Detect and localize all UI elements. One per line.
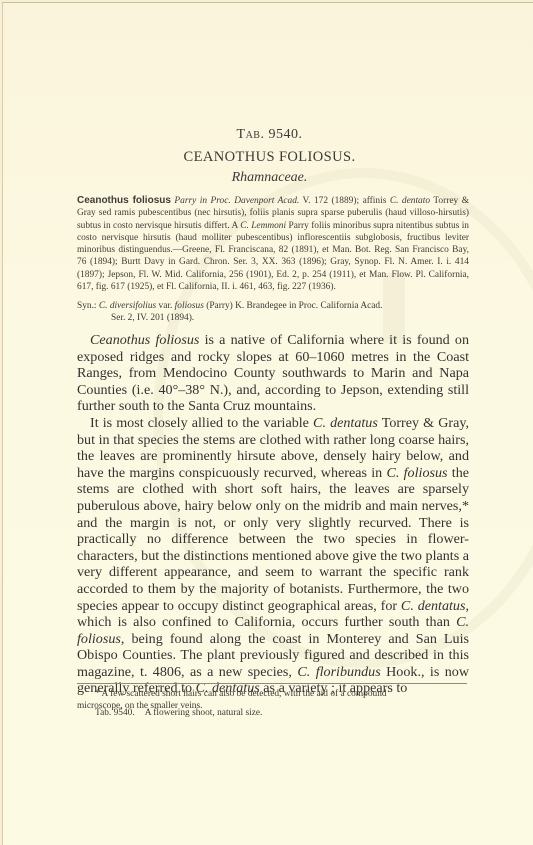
synonymy: Syn.: C. diversifolius var. foliosus (Pa… (77, 300, 469, 325)
syn-variety: foliosus (175, 301, 204, 311)
syn-species: C. diversifolius (99, 301, 156, 311)
species-ref: C. dentatus (313, 415, 378, 431)
document-page: Tab. 9540. CEANOTHUS FOLIOSUS. Rhamnacea… (2, 2, 533, 845)
latin-species-ref: C. dentato (390, 196, 430, 206)
syn-text: var. (156, 301, 174, 311)
body-text: Ceanothus foliosus is a native of Califo… (77, 332, 469, 697)
species-ref: Ceanothus foliosus (90, 332, 199, 348)
species-name: Ceanothus foliosus (77, 195, 171, 206)
plate-number: Tab. 9540. (3, 127, 533, 143)
caption-text: A flowering shoot, natural size. (145, 708, 263, 718)
latin-text: Parry foliis minoribus supra nitentibus … (77, 221, 469, 292)
latin-description: Ceanothus foliosus Parry in Proc. Davenp… (77, 195, 469, 293)
paragraph-2: It is most closely allied to the variabl… (77, 415, 469, 697)
species-ref: C. foliosus (386, 465, 447, 481)
syn-text: Ser. 2, IV. 201 (1894). (77, 312, 469, 324)
syn-text: (Parry) K. Brandegee in Proc. California… (204, 301, 383, 311)
family-name: Rhamnaceae. (3, 170, 533, 186)
latin-species-ref: C. Lemmoni (240, 221, 286, 231)
species-ref: C. floribundus (297, 664, 380, 680)
species-title: CEANOTHUS FOLIOSUS. (3, 149, 533, 166)
species-ref: C. dentatus (401, 598, 466, 614)
plate-caption: Tab. 9540.A flowering shoot, natural siz… (95, 707, 262, 719)
syn-label: Syn.: (77, 301, 99, 311)
paragraph-text: It is most closely allied to the variabl… (90, 415, 313, 431)
caption-tab: Tab. 9540. (95, 708, 135, 718)
footnote-line: * A few scattered short hairs can also b… (77, 688, 469, 700)
paragraph-text: the stems are clothed with short soft ha… (77, 465, 469, 614)
latin-text: V. 172 (1889); affinis (299, 196, 390, 206)
authority: Parry in Proc. Davenport Acad. (174, 196, 299, 206)
paragraph-1: Ceanothus foliosus is a native of Califo… (77, 332, 469, 415)
footnote-divider (77, 683, 467, 684)
